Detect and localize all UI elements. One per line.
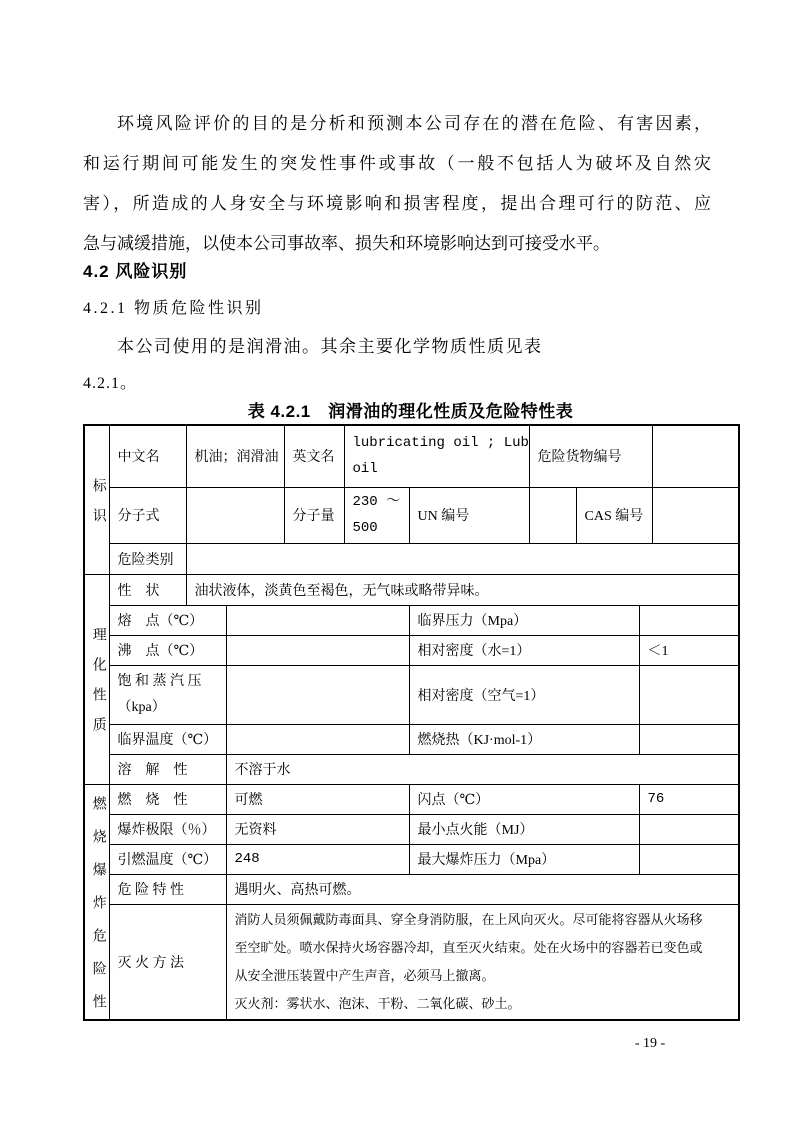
cell-explosion-limit-label: 爆炸极限（％） [109, 814, 226, 844]
cell-ignition-temperature-label: 引燃温度（℃） [109, 844, 226, 874]
body-paragraph-line: 本公司使用的是润滑油。其余主要化学物质性质见表 [83, 332, 711, 357]
cell-relative-density-water-label: 相对密度（水=1） [409, 635, 639, 665]
table-row: 爆炸极限（％） 无资料 最小点火能（MJ） [84, 814, 739, 844]
cell-flash-point-label: 闪点（℃） [409, 784, 639, 814]
cell-english-name-label: 英文名 [284, 425, 344, 487]
cell-critical-pressure-value [639, 605, 739, 635]
table-row: 溶 解 性 不溶于水 [84, 754, 739, 784]
table-caption: 表 4.2.1 润滑油的理化性质及危险特性表 [83, 397, 738, 422]
cell-saturated-vapor-pressure-value [226, 665, 409, 724]
cell-melting-point-value [226, 605, 409, 635]
cell-un-number-value [529, 487, 576, 543]
cell-boiling-point-label: 沸 点（℃） [109, 635, 226, 665]
body-paragraph-line: 4.2.1。 [83, 370, 137, 393]
cell-hazard-characteristics-value: 遇明火、高热可燃。 [226, 874, 739, 904]
document-page: 环境风险评价的目的是分析和预测本公司存在的潜在危险、有害因素， 和运行期间可能发… [0, 0, 793, 1122]
intro-line: 环境风险评价的目的是分析和预测本公司存在的潜在危险、有害因素， [83, 104, 711, 144]
table-row: 危 险 特 性 遇明火、高热可燃。 [84, 874, 739, 904]
cell-minimum-ignition-energy-label: 最小点火能（MJ） [409, 814, 639, 844]
cell-hazard-class-label: 危险类别 [109, 543, 186, 574]
english-name-line: lubricating oil ; Lube [353, 430, 524, 456]
cell-chinese-name-label: 中文名 [109, 425, 186, 487]
molecular-weight-line: 230 ～ [353, 489, 404, 515]
cell-boiling-point-value [226, 635, 409, 665]
table-row: 临界温度（℃） 燃烧热（KJ·mol-1） [84, 724, 739, 754]
cell-relative-density-air-value [639, 665, 739, 724]
intro-paragraph: 环境风险评价的目的是分析和预测本公司存在的潜在危险、有害因素， 和运行期间可能发… [83, 104, 711, 264]
cell-heat-of-combustion-value [639, 724, 739, 754]
cell-ignition-temperature-value: 248 [226, 844, 409, 874]
cell-critical-temperature-label: 临界温度（℃） [109, 724, 226, 754]
cell-molecular-formula-label: 分子式 [109, 487, 186, 543]
cell-heat-of-combustion-label: 燃烧热（KJ·mol-1） [409, 724, 639, 754]
properties-table: 标识 中文名 机油；润滑油 英文名 lubricating oil ; Lube… [83, 424, 740, 1021]
group-label-identification: 标识 [86, 478, 109, 538]
cell-flammability-value: 可燃 [226, 784, 409, 814]
table-row: 熔 点（℃） 临界压力（Mpa） [84, 605, 739, 635]
cell-dangerous-goods-number-value [652, 425, 739, 487]
fire-fighting-line: 至空旷处。喷水保持火场容器冷却，直至灭火结束。处在火场中的容器若已变色或 [235, 934, 734, 962]
cell-explosion-limit-value: 无资料 [226, 814, 409, 844]
cell-fire-fighting-method-value: 消防人员须佩戴防毒面具、穿全身消防服，在上风向灭火。尽可能将容器从火场移 至空旷… [226, 904, 739, 1020]
group-cell-identification: 标识 [84, 425, 109, 574]
cell-un-number-label: UN 编号 [409, 487, 529, 543]
fire-fighting-line: 从安全泄压装置中产生声音，必须马上撤离。 [235, 962, 734, 990]
subsection-heading-4-2-1: 4.2.1 物质危险性识别 [83, 295, 264, 318]
group-label-combustion-explosion-hazard: 燃烧爆炸危险性 [86, 796, 109, 1020]
cell-appearance-value: 油状液体，淡黄色至褐色，无气味或略带异味。 [186, 574, 739, 605]
intro-line: 和运行期间可能发生的突发性事件或事故（一般不包括人为破坏及自然灾 [83, 144, 711, 184]
cell-hazard-characteristics-label: 危 险 特 性 [109, 874, 226, 904]
cell-english-name-value: lubricating oil ; Lube oil [344, 425, 529, 487]
section-heading-4-2: 4.2 风险识别 [83, 257, 187, 282]
cell-molecular-weight-value: 230 ～ 500 [344, 487, 409, 543]
cell-relative-density-air-label: 相对密度（空气=1） [409, 665, 639, 724]
intro-line: 害），所造成的人身安全与环境影响和损害程度，提出合理可行的防范、应 [83, 184, 711, 224]
cell-molecular-weight-label: 分子量 [284, 487, 344, 543]
cell-minimum-ignition-energy-value [639, 814, 739, 844]
saturated-vapor-pressure-line: 饱 和 蒸 汽 压 [118, 669, 221, 695]
table-row: 沸 点（℃） 相对密度（水=1） ＜1 [84, 635, 739, 665]
table-row: 饱 和 蒸 汽 压 （kpa） 相对密度（空气=1） [84, 665, 739, 724]
cell-chinese-name-value: 机油；润滑油 [186, 425, 284, 487]
table-row: 标识 中文名 机油；润滑油 英文名 lubricating oil ; Lube… [84, 425, 739, 487]
cell-dangerous-goods-number-label: 危险货物编号 [529, 425, 652, 487]
table-row: 灭 火 方 法 消防人员须佩戴防毒面具、穿全身消防服，在上风向灭火。尽可能将容器… [84, 904, 739, 1020]
cell-fire-fighting-method-label: 灭 火 方 法 [109, 904, 226, 1020]
fire-fighting-line: 消防人员须佩戴防毒面具、穿全身消防服，在上风向灭火。尽可能将容器从火场移 [235, 906, 734, 934]
cell-critical-pressure-label: 临界压力（Mpa） [409, 605, 639, 635]
group-cell-combustion-explosion-hazard: 燃烧爆炸危险性 [84, 784, 109, 1020]
table-row: 引燃温度（℃） 248 最大爆炸压力（Mpa） [84, 844, 739, 874]
group-label-physicochemical: 理化性质 [86, 627, 109, 747]
cell-flammability-label: 燃 烧 性 [109, 784, 226, 814]
cell-max-explosion-pressure-label: 最大爆炸压力（Mpa） [409, 844, 639, 874]
cell-cas-number-value [652, 487, 739, 543]
cell-molecular-formula-value [186, 487, 284, 543]
cell-appearance-label: 性 状 [109, 574, 186, 605]
cell-hazard-class-value [186, 543, 739, 574]
english-name-line: oil [353, 456, 524, 482]
table-row: 危险类别 [84, 543, 739, 574]
page-number: - 19 - [600, 1036, 700, 1052]
group-cell-physicochemical: 理化性质 [84, 574, 109, 784]
cell-max-explosion-pressure-value [639, 844, 739, 874]
cell-critical-temperature-value [226, 724, 409, 754]
cell-solubility-value: 不溶于水 [226, 754, 739, 784]
cell-cas-number-label: CAS 编号 [576, 487, 652, 543]
molecular-weight-line: 500 [353, 515, 404, 541]
table-row: 分子式 分子量 230 ～ 500 UN 编号 CAS 编号 [84, 487, 739, 543]
cell-relative-density-water-value: ＜1 [639, 635, 739, 665]
cell-melting-point-label: 熔 点（℃） [109, 605, 226, 635]
table-row: 燃烧爆炸危险性 燃 烧 性 可燃 闪点（℃） 76 [84, 784, 739, 814]
cell-flash-point-value: 76 [639, 784, 739, 814]
cell-solubility-label: 溶 解 性 [109, 754, 226, 784]
fire-fighting-line: 灭火剂：雾状水、泡沫、干粉、二氧化碳、砂土。 [235, 990, 734, 1018]
cell-saturated-vapor-pressure-label: 饱 和 蒸 汽 压 （kpa） [109, 665, 226, 724]
table-row: 理化性质 性 状 油状液体，淡黄色至褐色，无气味或略带异味。 [84, 574, 739, 605]
saturated-vapor-pressure-line: （kpa） [118, 695, 221, 721]
